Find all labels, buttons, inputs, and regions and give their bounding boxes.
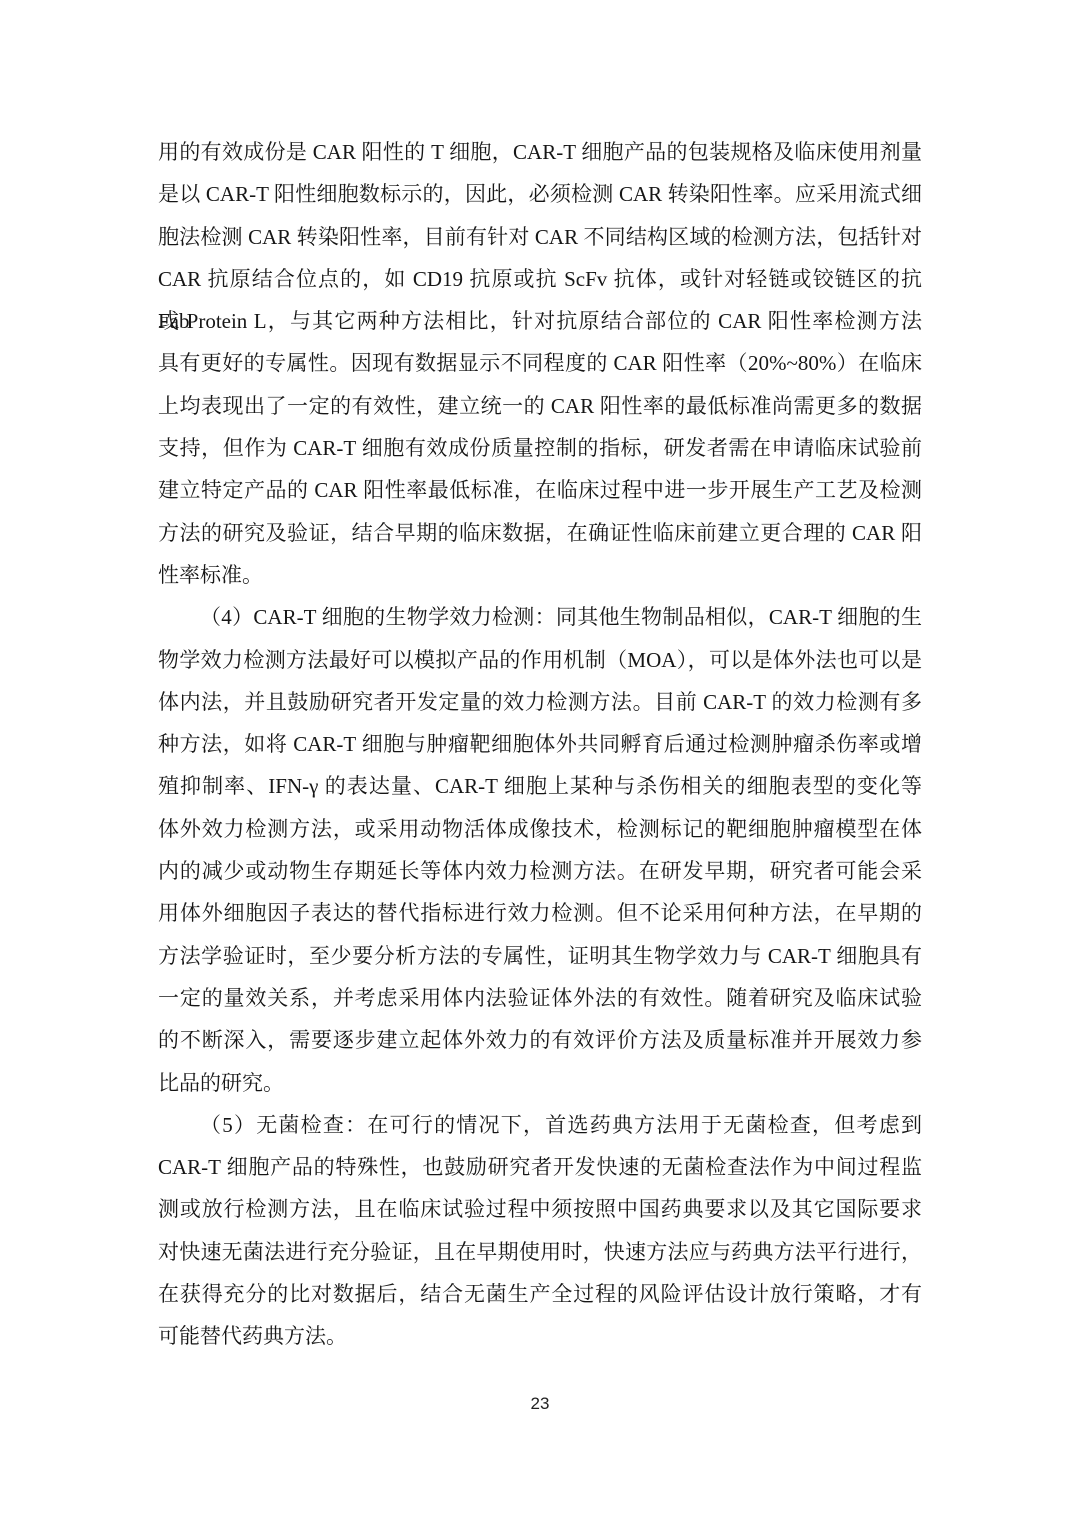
paragraph: （4）CAR-T 细胞的生物学效力检测：同其他生物制品相似，CAR-T 细胞的生…	[158, 596, 922, 1104]
text-line: 种方法，如将 CAR-T 细胞与肿瘤靶细胞体外共同孵育后通过检测肿瘤杀伤率或增	[158, 723, 922, 765]
text-line: 建立特定产品的 CAR 阳性率最低标准，在临床过程中进一步开展生产工艺及检测	[158, 469, 922, 511]
text-line: 比品的研究。	[158, 1062, 922, 1104]
text-line: 的不断深入，需要逐步建立起体外效力的有效评价方法及质量标准并开展效力参	[158, 1019, 922, 1061]
text-line: （4）CAR-T 细胞的生物学效力检测：同其他生物制品相似，CAR-T 细胞的生	[158, 596, 922, 638]
text-line: 测或放行检测方法，且在临床试验过程中须按照中国药典要求以及其它国际要求	[158, 1188, 922, 1230]
text-line: 物学效力检测方法最好可以模拟产品的作用机制（MOA），可以是体外法也可以是	[158, 639, 922, 681]
text-line: 在获得充分的比对数据后，结合无菌生产全过程的风险评估设计放行策略，才有	[158, 1273, 922, 1315]
text-line: 可能替代药典方法。	[158, 1315, 922, 1357]
text-line: 性率标准。	[158, 554, 922, 596]
text-line: CAR 抗原结合位点的，如 CD19 抗原或抗 ScFv 抗体，或针对轻链或铰链…	[158, 258, 922, 300]
paragraph: 用的有效成份是 CAR 阳性的 T 细胞，CAR-T 细胞产品的包装规格及临床使…	[158, 131, 922, 596]
document-page: 用的有效成份是 CAR 阳性的 T 细胞，CAR-T 细胞产品的包装规格及临床使…	[0, 0, 1080, 1528]
text-line: 内的减少或动物生存期延长等体内效力检测方法。在研发早期，研究者可能会采	[158, 850, 922, 892]
body-text: 用的有效成份是 CAR 阳性的 T 细胞，CAR-T 细胞产品的包装规格及临床使…	[158, 131, 922, 1358]
text-line: 具有更好的专属性。因现有数据显示不同程度的 CAR 阳性率（20%~80%）在临…	[158, 342, 922, 384]
text-line: 一定的量效关系，并考虑采用体内法验证体外法的有效性。随着研究及临床试验	[158, 977, 922, 1019]
text-line: 体内法，并且鼓励研究者开发定量的效力检测方法。目前 CAR-T 的效力检测有多	[158, 681, 922, 723]
text-line: 上均表现出了一定的有效性，建立统一的 CAR 阳性率的最低标准尚需更多的数据	[158, 385, 922, 427]
text-line: 方法学验证时，至少要分析方法的专属性，证明其生物学效力与 CAR-T 细胞具有	[158, 935, 922, 977]
page-number: 23	[0, 1394, 1080, 1414]
text-line: 对快速无菌法进行充分验证，且在早期使用时，快速方法应与药典方法平行进行，	[158, 1231, 922, 1273]
text-line: （5）无菌检查：在可行的情况下，首选药典方法用于无菌检查，但考虑到	[158, 1104, 922, 1146]
text-line: 胞法检测 CAR 转染阳性率，目前有针对 CAR 不同结构区域的检测方法，包括针…	[158, 216, 922, 258]
text-line: 方法的研究及验证，结合早期的临床数据，在确证性临床前建立更合理的 CAR 阳	[158, 512, 922, 554]
text-line: 支持，但作为 CAR-T 细胞有效成份质量控制的指标，研发者需在申请临床试验前	[158, 427, 922, 469]
text-line: 或 Protein L，与其它两种方法相比，针对抗原结合部位的 CAR 阳性率检…	[158, 300, 922, 342]
text-line: 是以 CAR-T 阳性细胞数标示的，因此，必须检测 CAR 转染阳性率。应采用流…	[158, 173, 922, 215]
text-line: 用的有效成份是 CAR 阳性的 T 细胞，CAR-T 细胞产品的包装规格及临床使…	[158, 131, 922, 173]
paragraph: （5）无菌检查：在可行的情况下，首选药典方法用于无菌检查，但考虑到CAR-T 细…	[158, 1104, 922, 1358]
text-line: 体外效力检测方法，或采用动物活体成像技术，检测标记的靶细胞肿瘤模型在体	[158, 808, 922, 850]
text-line: CAR-T 细胞产品的特殊性，也鼓励研究者开发快速的无菌检查法作为中间过程监	[158, 1146, 922, 1188]
text-line: 用体外细胞因子表达的替代指标进行效力检测。但不论采用何种方法，在早期的	[158, 892, 922, 934]
text-line: 殖抑制率、IFN-γ 的表达量、CAR-T 细胞上某种与杀伤相关的细胞表型的变化…	[158, 765, 922, 807]
